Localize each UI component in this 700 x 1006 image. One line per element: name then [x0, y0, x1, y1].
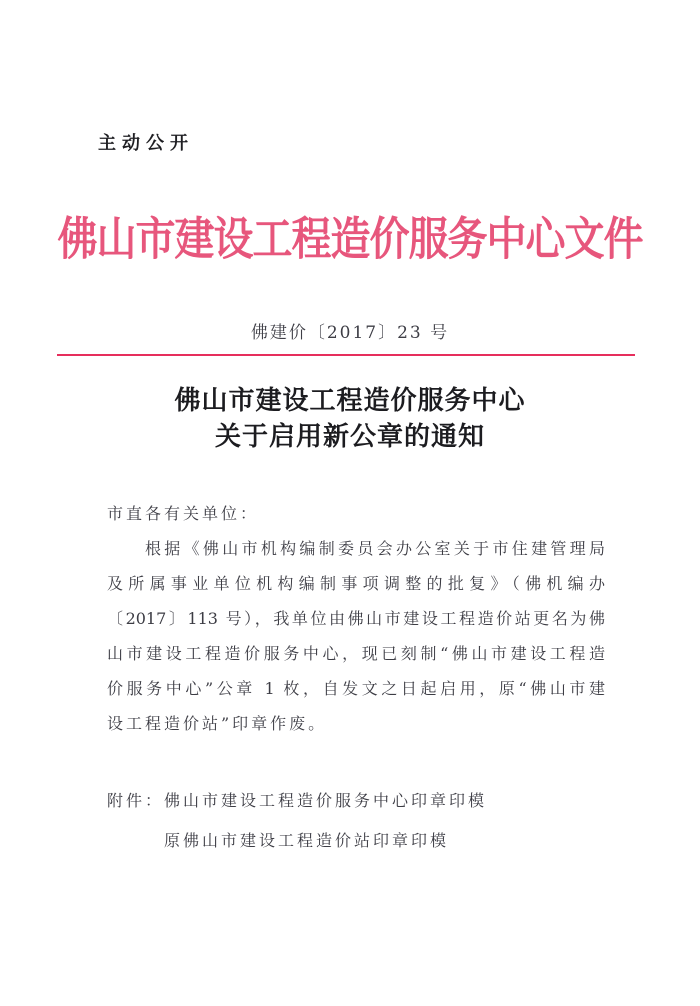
notice-body: 市直各有关单位： 根据《佛山市机构编制委员会办公室关于市住建管理局 及所属事业单… [107, 496, 605, 741]
document-page: 主动公开 佛山市建设工程造价服务中心文件 佛建价〔2017〕23 号 佛山市建设… [0, 0, 700, 1006]
document-number: 佛建价〔2017〕23 号 [0, 318, 700, 343]
body-line: 设工程造价站”印章作废。 [107, 706, 605, 741]
notice-subject-line1: 佛山市建设工程造价服务中心 [0, 383, 700, 419]
attachment-block: 附件：佛山市建设工程造价服务中心印章印模 原佛山市建设工程造价站印章印模 [107, 781, 627, 861]
attachment-item: 原佛山市建设工程造价站印章印模 [164, 831, 449, 850]
masthead-title: 佛山市建设工程造价服务中心文件 [58, 203, 643, 268]
notice-subject: 佛山市建设工程造价服务中心 关于启用新公章的通知 [0, 383, 700, 455]
attachment-label: 附件： [107, 791, 164, 810]
body-line: 价服务中心”公章 1 枚，自发文之日起启用，原“佛山市建 [107, 671, 605, 706]
body-line: 〔2017〕113 号），我单位由佛山市建设工程造价站更名为佛 [107, 601, 605, 636]
body-line: 及所属事业单位机构编制事项调整的批复》（佛机编办 [107, 566, 605, 601]
attachment-line: 附件：佛山市建设工程造价服务中心印章印模 [107, 781, 627, 821]
body-line: 根据《佛山市机构编制委员会办公室关于市住建管理局 [107, 531, 605, 566]
notice-subject-line2: 关于启用新公章的通知 [0, 419, 700, 455]
attachment-line: 原佛山市建设工程造价站印章印模 [107, 821, 627, 861]
masthead: 佛山市建设工程造价服务中心文件 [0, 207, 700, 264]
salutation: 市直各有关单位： [107, 496, 605, 531]
red-divider-line [57, 354, 635, 356]
disclosure-marking: 主动公开 [98, 129, 194, 155]
attachment-item: 佛山市建设工程造价服务中心印章印模 [164, 791, 487, 810]
body-line: 山市建设工程造价服务中心，现已刻制“佛山市建设工程造 [107, 636, 605, 671]
